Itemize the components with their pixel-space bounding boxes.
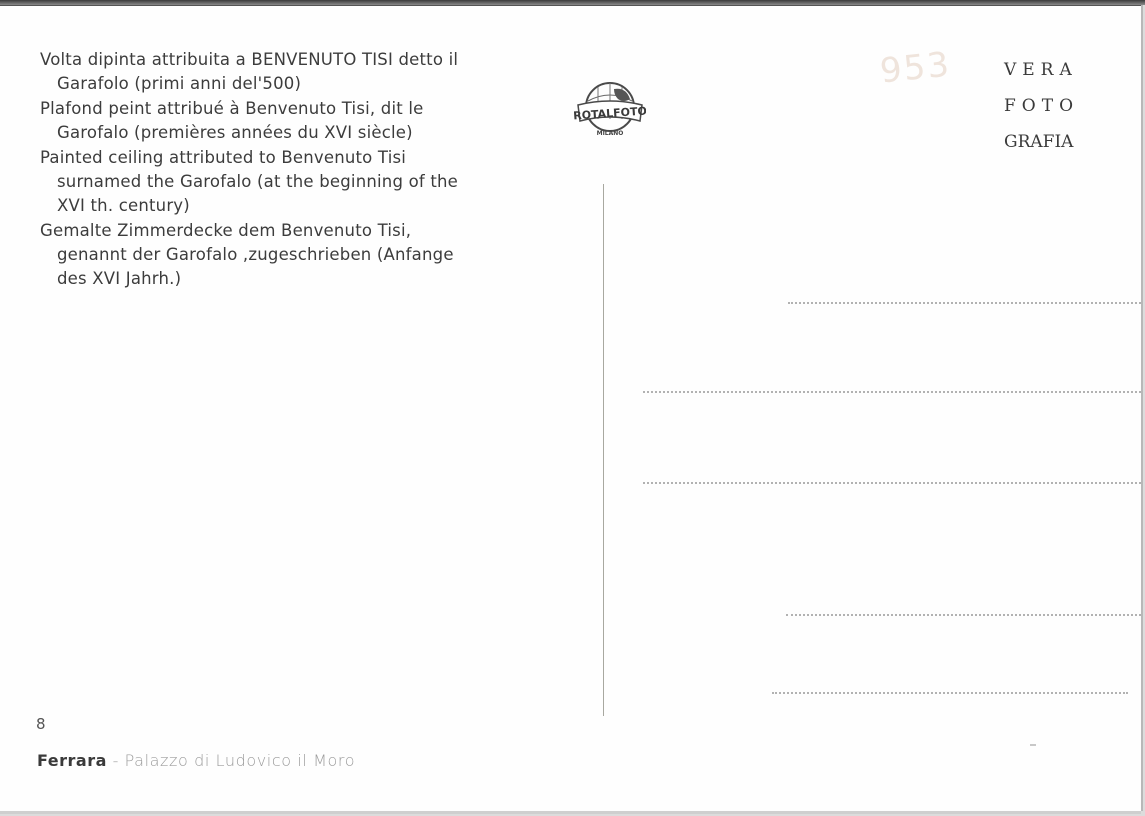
- address-line: [786, 614, 1141, 616]
- center-divider: [603, 184, 604, 716]
- stamp-line-vera: VERA: [1004, 52, 1079, 88]
- svg-text:MILANO: MILANO: [597, 130, 624, 137]
- caption-french: Plafond peint attribué à Benvenuto Tisi,…: [40, 97, 470, 145]
- address-line: [788, 302, 1141, 304]
- postcard-back: Volta dipinta attribuita a BENVENUTO TIS…: [0, 5, 1141, 811]
- location-separator: -: [107, 751, 125, 770]
- location-place: Palazzo di Ludovico il Moro: [125, 751, 355, 770]
- address-line: [643, 482, 1141, 484]
- publisher-logo: ROTALFOTO MILANO: [574, 79, 646, 143]
- caption-italian: Volta dipinta attribuita a BENVENUTO TIS…: [40, 48, 470, 96]
- caption-english: Painted ceiling attributed to Benvenuto …: [40, 146, 470, 218]
- location-caption: Ferrara - Palazzo di Ludovico il Moro: [37, 751, 355, 770]
- stamp-line-grafia: GRAFIA: [1004, 124, 1079, 160]
- address-line: [643, 391, 1141, 393]
- pencil-annotation: 953: [878, 44, 953, 91]
- caption-block: Volta dipinta attribuita a BENVENUTO TIS…: [40, 48, 470, 292]
- caption-german: Gemalte Zimmerdecke dem Benvenuto Tisi, …: [40, 219, 470, 291]
- paper-speck: [1030, 744, 1036, 746]
- stamp-box-label: VERA FOTO GRAFIA: [1004, 52, 1079, 160]
- globe-logo-icon: ROTALFOTO MILANO: [574, 79, 646, 143]
- location-city: Ferrara: [37, 751, 107, 770]
- card-number: 8: [36, 715, 46, 733]
- stamp-line-foto: FOTO: [1004, 88, 1079, 124]
- address-line: [772, 692, 1128, 694]
